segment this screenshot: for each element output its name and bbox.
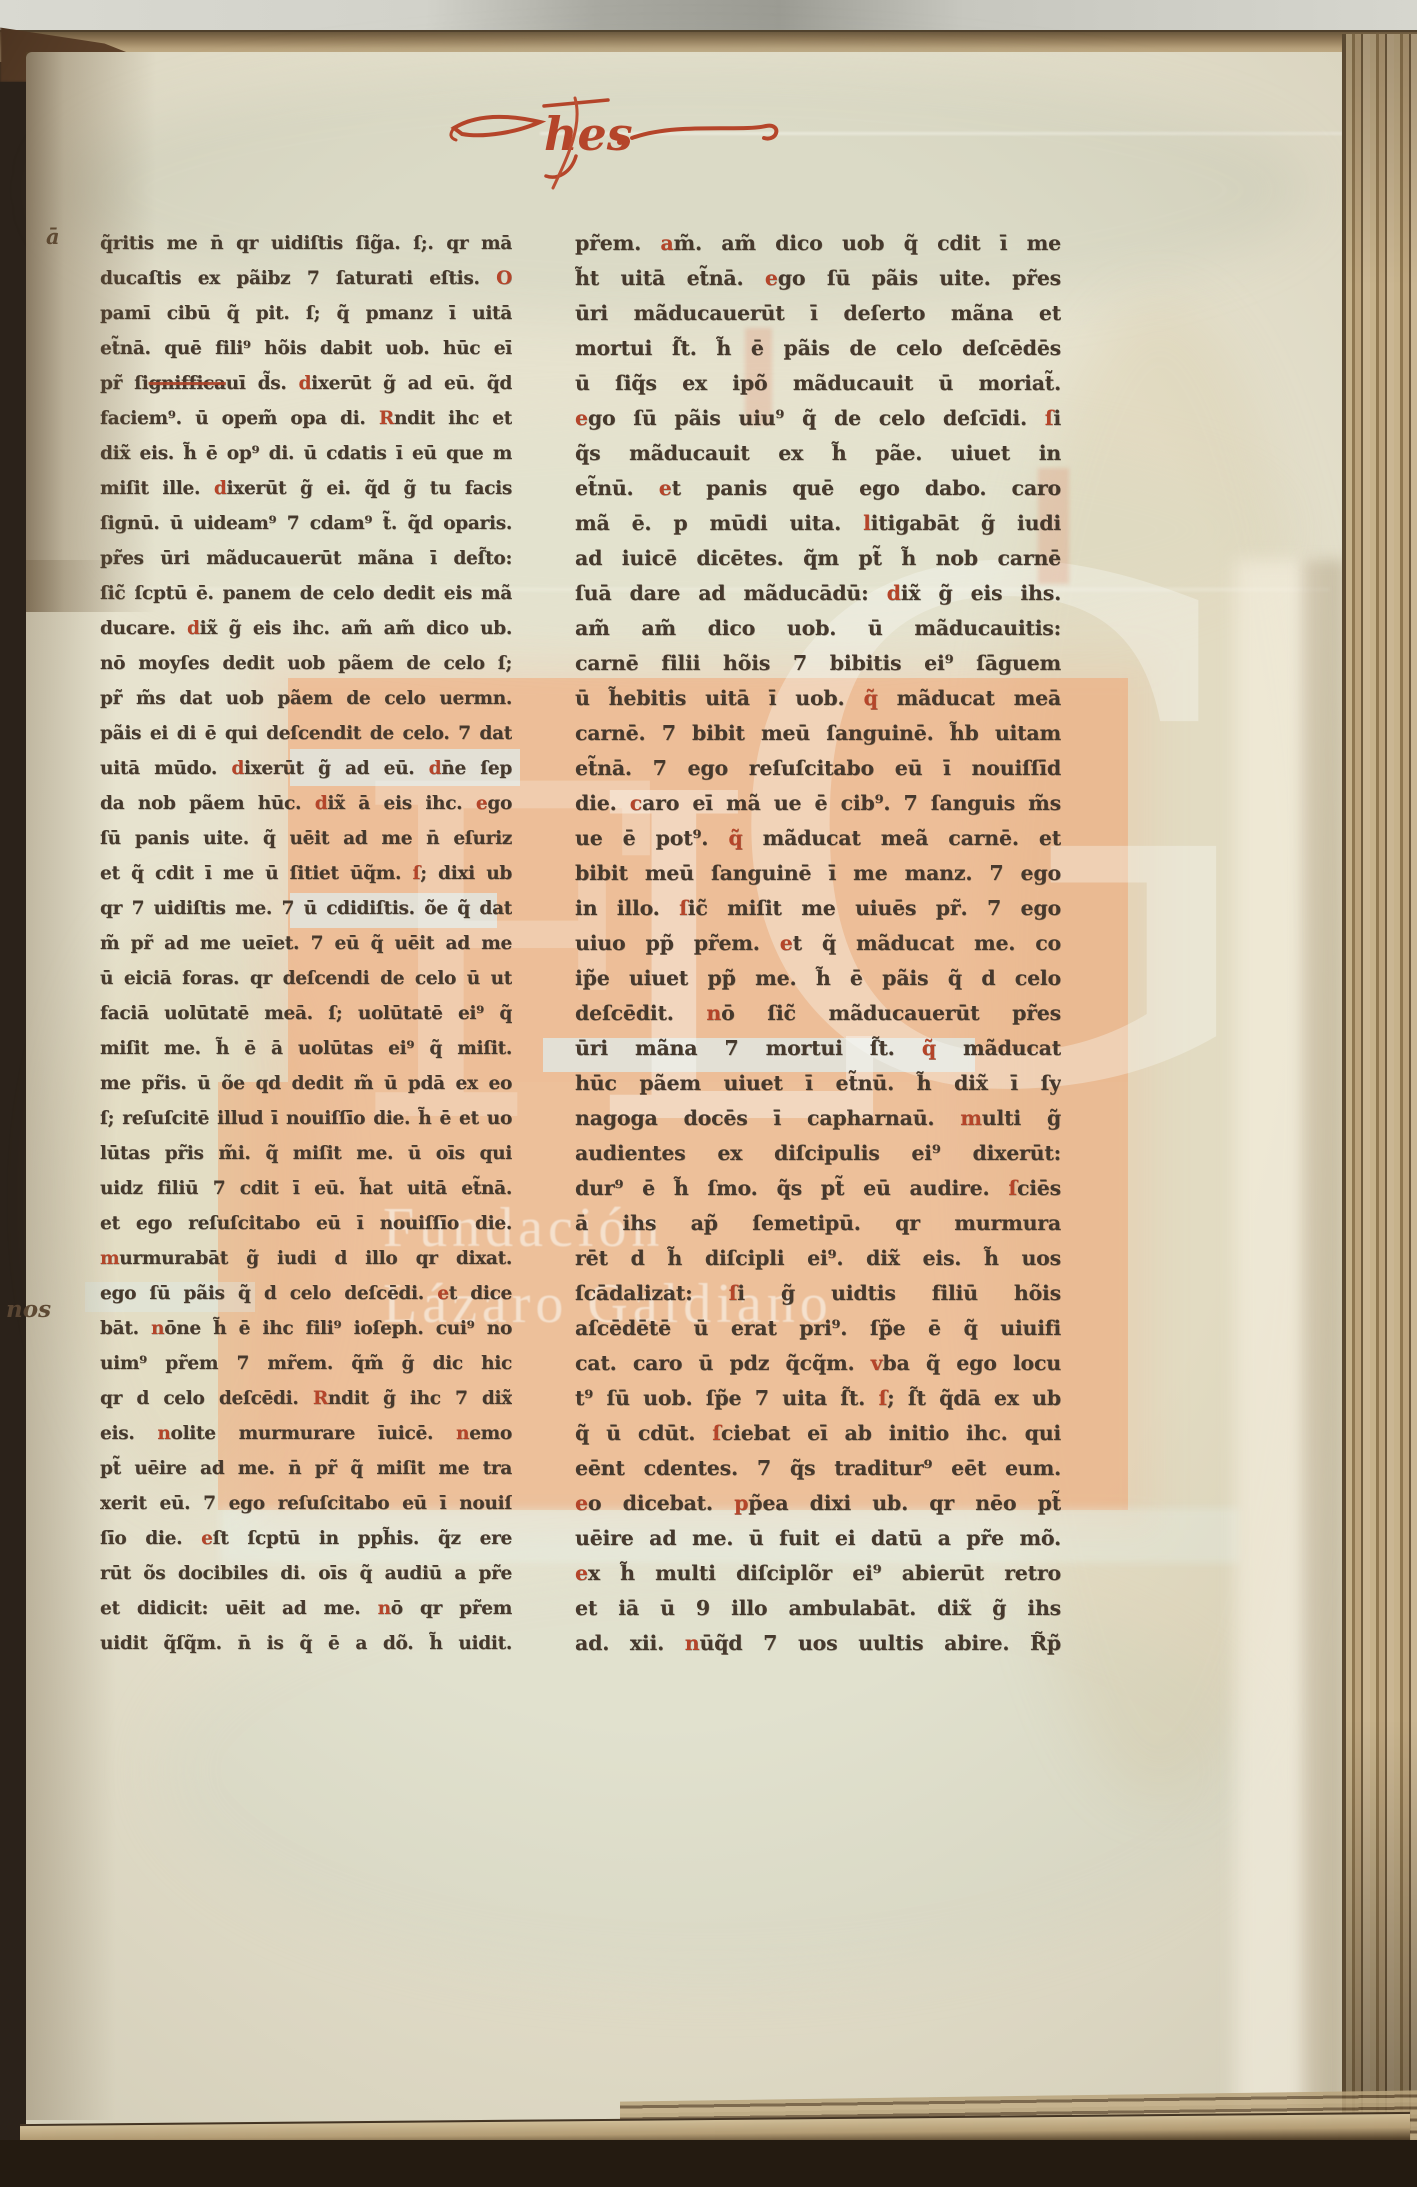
gutter-shadow-lower: [26, 560, 116, 2120]
fore-edge-page-stack: [1342, 34, 1417, 2140]
page-vignette: [26, 52, 1346, 2128]
background-bottom: [0, 2140, 1417, 2187]
manuscript-photo: { "rubric": { "text": "hes" }, "margin_n…: [0, 0, 1417, 2187]
page-curl-shade: [1302, 560, 1346, 2120]
gutter-shadow: [26, 52, 156, 612]
background-top-strip: [0, 0, 1417, 34]
